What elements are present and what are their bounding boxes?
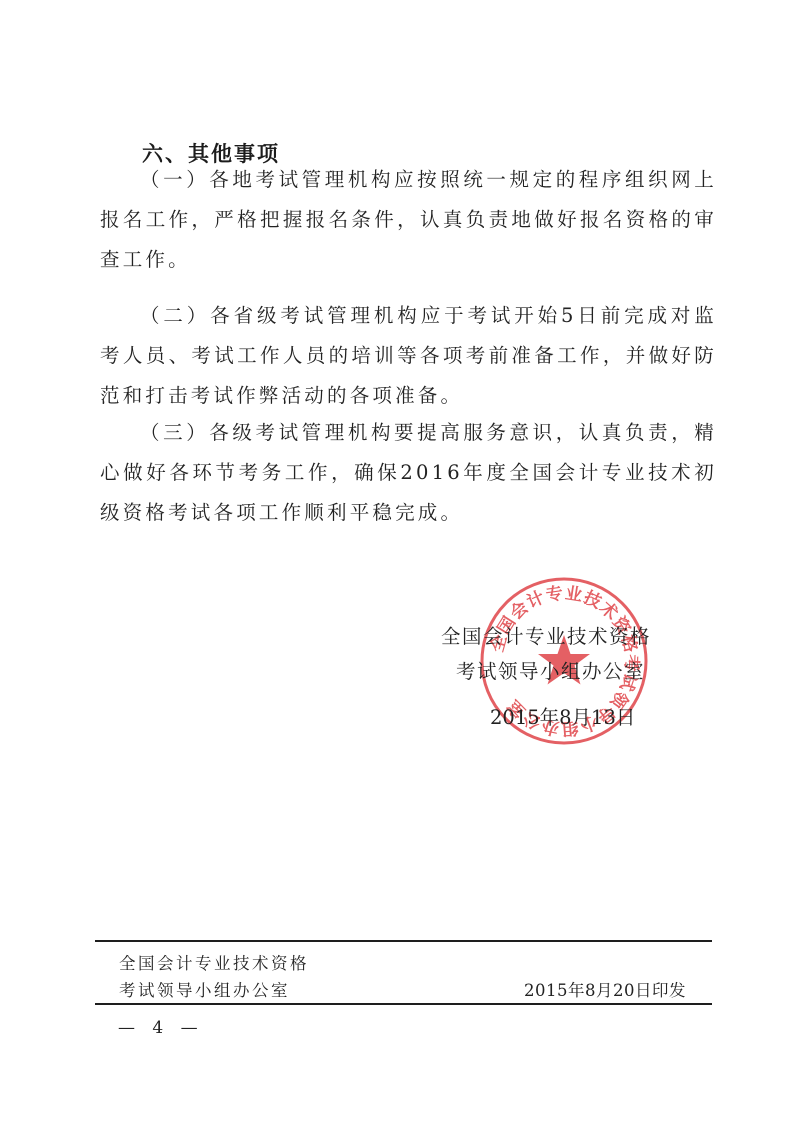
document-page: 六、其他事项 （一）各地考试管理机构应按照统一规定的程序组织网上报名工作，严格把… [0, 0, 800, 1131]
footer-org-line1: 全国会计专业技术资格 [119, 950, 309, 974]
signature-org-line1: 全国会计专业技术资格 [441, 621, 651, 649]
signature-org-line2: 考试领导小组办公室 [456, 656, 645, 684]
footer-org-line2: 考试领导小组办公室 [119, 977, 290, 1001]
footer-rule-bottom [95, 1003, 712, 1005]
page-number: — 4 — [118, 1018, 204, 1038]
paragraph-2: （二）各省级考试管理机构应于考试开始5日前完成对监考人员、考试工作人员的培训等各… [100, 296, 717, 416]
footer-print-date: 2015年8月20日印发 [524, 977, 686, 1001]
paragraph-3: （三）各级考试管理机构要提高服务意识，认真负责，精心做好各环节考务工作，确保20… [100, 413, 717, 533]
signature-date: 2015年8月13日 [490, 702, 635, 730]
paragraph-1: （一）各地考试管理机构应按照统一规定的程序组织网上报名工作，严格把握报名条件，认… [100, 160, 717, 280]
footer-rule-top [95, 940, 712, 942]
